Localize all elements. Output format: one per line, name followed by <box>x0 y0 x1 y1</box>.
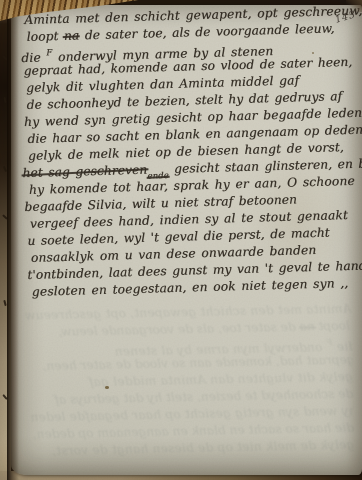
bleedthrough-text: Aminta met den schicht gewapent, opt ges… <box>25 300 354 472</box>
text-segment: de sater toe, als de voorgaande leeuw, <box>58 320 299 339</box>
text-segment: loopt <box>27 29 65 44</box>
text-segment: gelyk de melk niet op de biesen hangt de… <box>52 438 355 458</box>
text-segment: Aminta met den schicht gewapent, opt ges… <box>25 302 351 323</box>
manuscript-line: gelyk de melk niet op de biesen hangt de… <box>28 436 354 460</box>
text-segment: de schoonheyd te bezien, stelt hy dat ge… <box>54 387 353 407</box>
manuscript-photo: Aminta met den schicht gewapent, opt ges… <box>0 0 362 480</box>
manuscript-line: Aminta met den schicht gewapent, opt ges… <box>25 300 351 324</box>
manuscript-line: gepraat had, komende aan so vlood de sat… <box>26 351 354 375</box>
ink-speck <box>105 386 109 389</box>
manuscript-line: die haar so sacht en blank en aangenaam … <box>28 419 354 443</box>
text-segment: die <box>332 340 354 354</box>
manuscript-line: die F onderwyl myn arme by al stenen <box>26 334 355 358</box>
manuscript-line: hy wend syn gretig gesicht op haar begaa… <box>27 402 354 426</box>
text-segment: na <box>299 319 314 333</box>
book-gutter-shadow <box>7 0 19 480</box>
text-segment: ende <box>147 171 169 182</box>
manuscript-line: gelyk dit vlughten dan Aminta middel gaf <box>27 368 353 392</box>
text-segment: het sag geschreven <box>22 163 147 180</box>
text-segment: gelyk dit vlughten dan Aminta middel gaf <box>89 370 353 390</box>
text-segment: F <box>326 338 332 348</box>
manuscript-line: loopt na de sater toe, als de voorgaande… <box>26 317 350 341</box>
manuscript-page: Aminta met den schicht gewapent, opt ges… <box>11 5 362 475</box>
text-segment: die haar so sacht en blank en aangenaam … <box>33 421 354 442</box>
text-segment: gepraat had, komende aan so vlood de sat… <box>42 353 354 374</box>
text-segment: hy wend syn gretig gesicht op haar begaa… <box>30 404 354 425</box>
text-segment: onderwyl myn arme by al stenen <box>114 340 326 358</box>
handwritten-text: Aminta met den schicht gewapent, opt ges… <box>24 3 362 301</box>
manuscript-line: de schoonheyd te bezien, stelt hy dat ge… <box>27 385 353 409</box>
page-corner-shadow <box>346 0 362 12</box>
text-segment: loopt <box>314 319 349 334</box>
text-segment: na <box>64 28 80 42</box>
